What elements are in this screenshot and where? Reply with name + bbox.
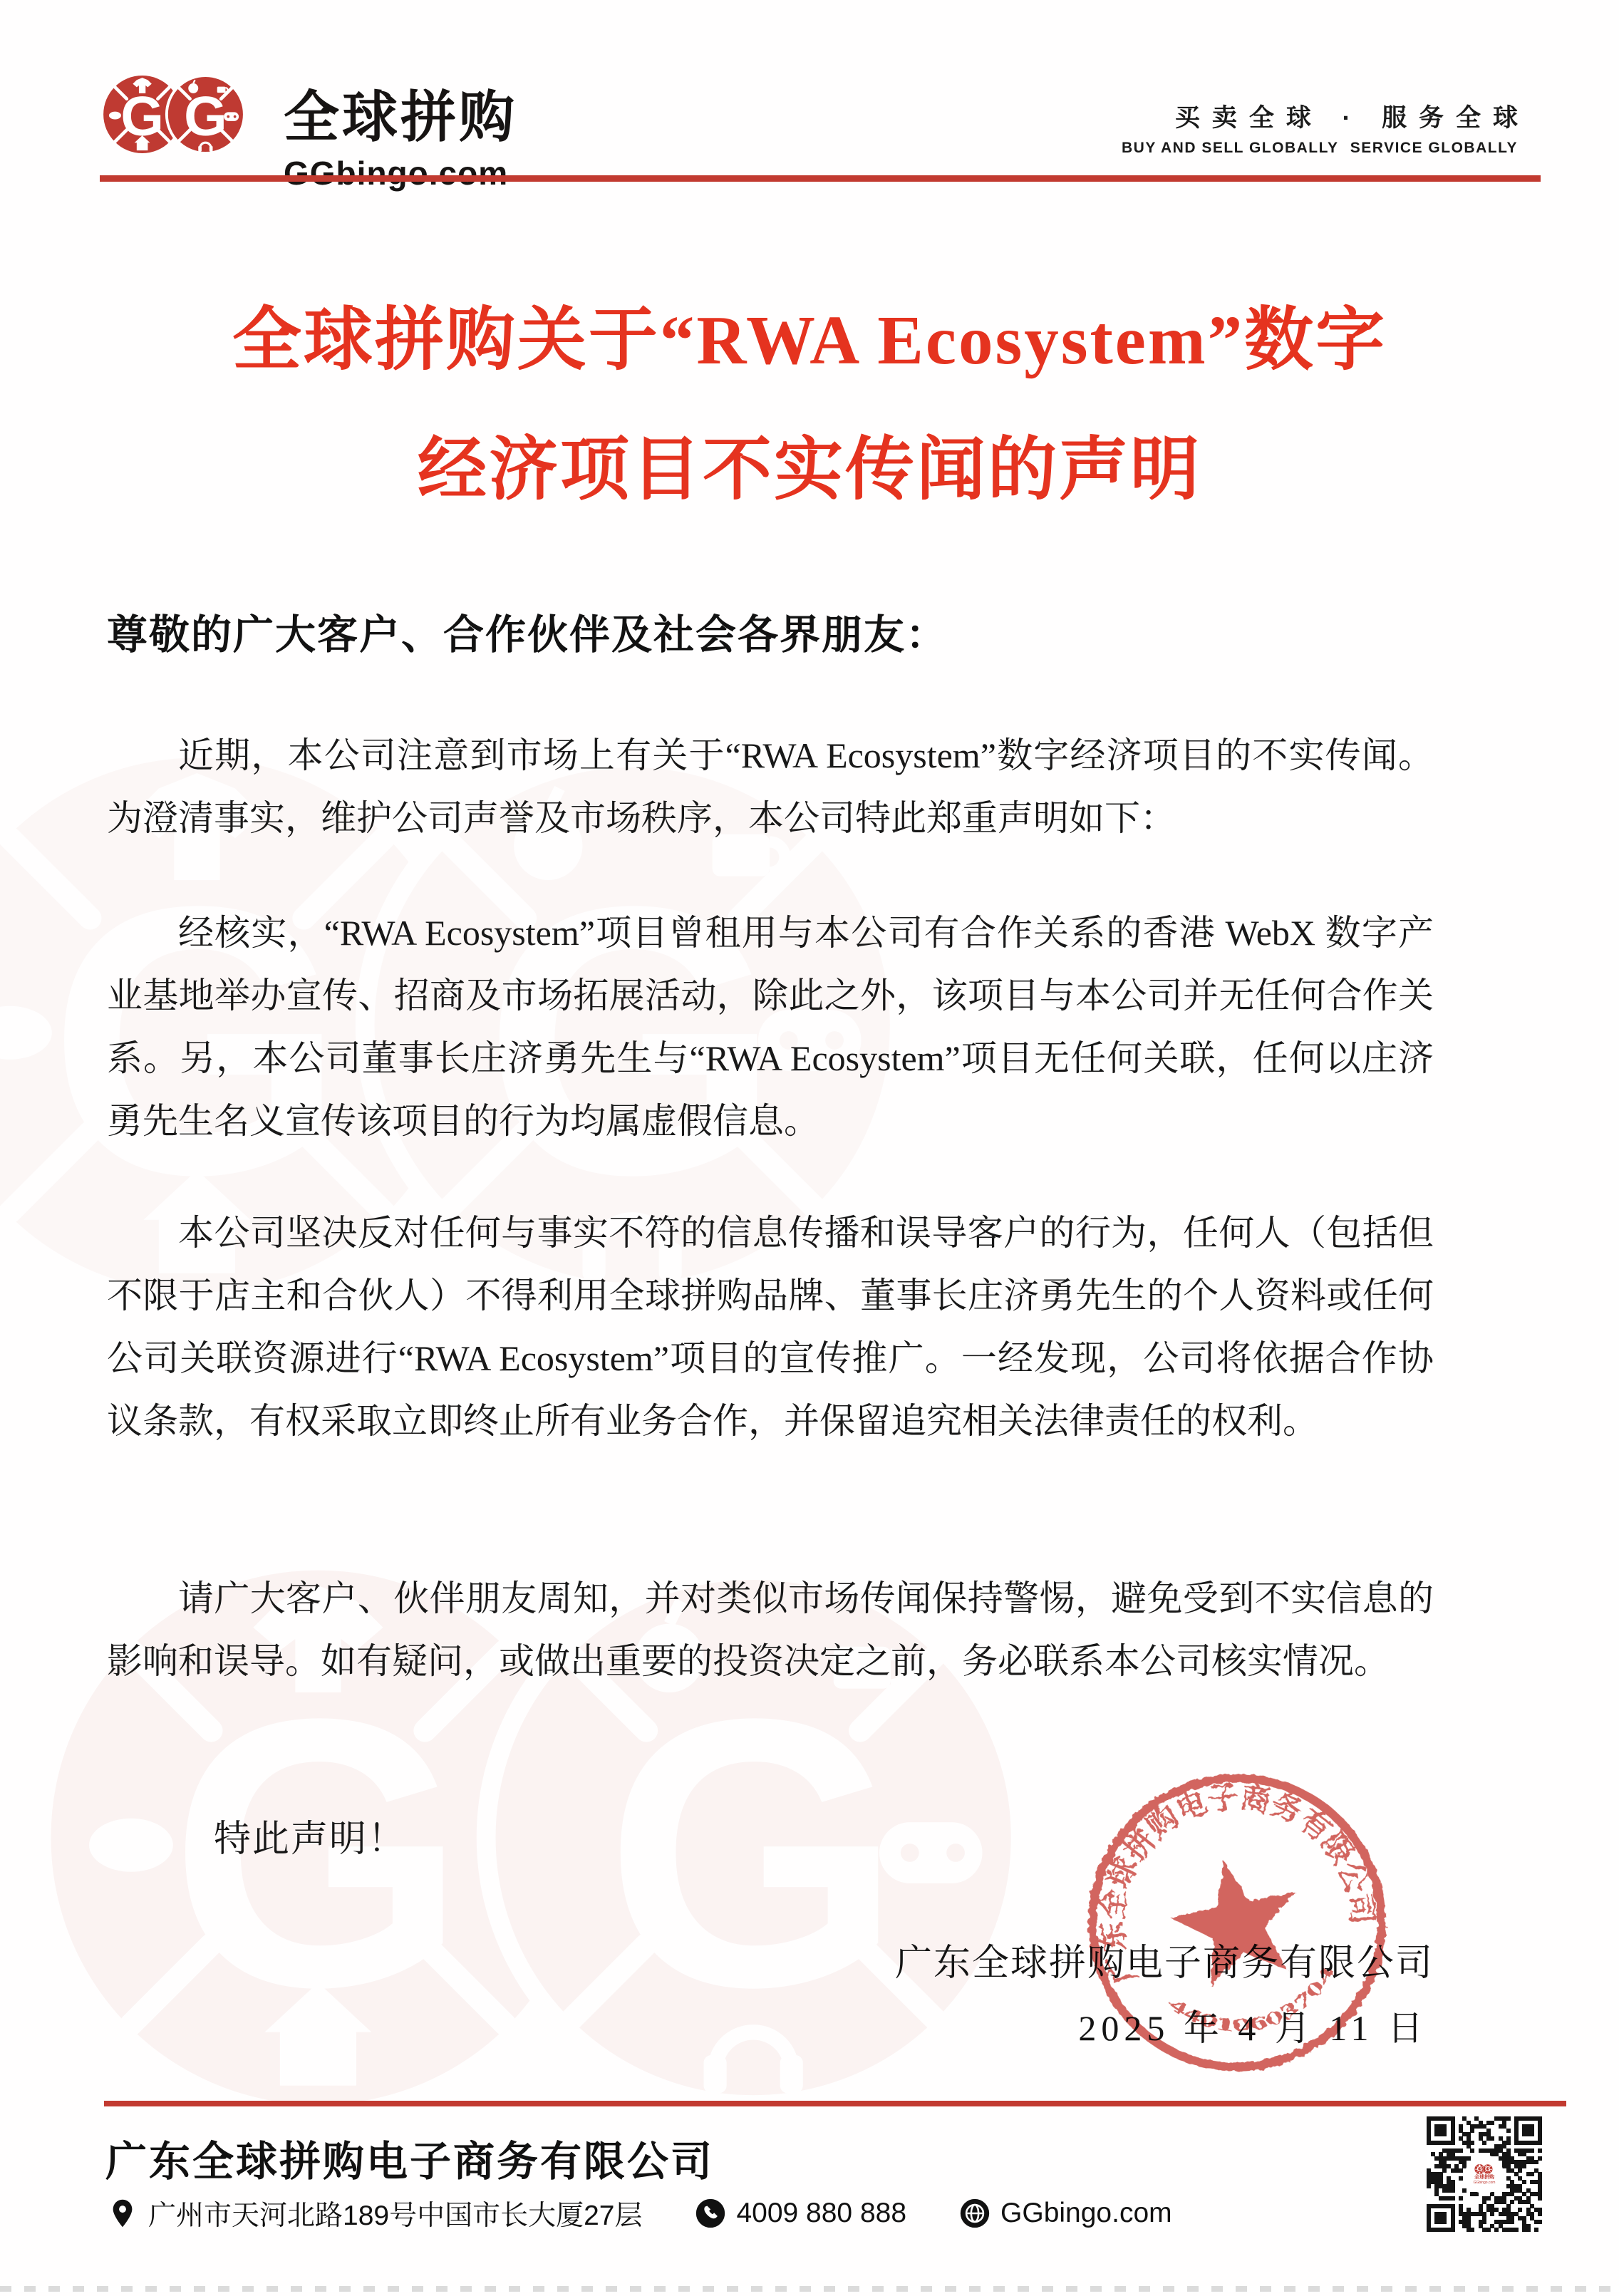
footer-contacts: 广州市天河北路189号中国市长大厦27层 4009 880 888 GGbing… [107,2193,1172,2233]
seal-star-icon [1162,1847,1311,1991]
paragraph-3: 本公司坚决反对任何与事实不符的信息传播和误导客户的行为，任何人（包括但不限于店主… [107,1201,1434,1452]
footer-address-text: 广州市天河北路189号中国市长大厦27层 [148,2193,642,2233]
footer-phone-number: 4009 880 888 [736,2198,906,2229]
closing-declaration: 特此声明！ [214,1809,406,1862]
qr-center-logo: 全球拼购 GGbingo.com [1465,2155,1504,2193]
qr-center-label: 全球拼购 [1474,2175,1494,2181]
phone-icon [695,2198,726,2229]
slogan-english: BUY AND SELL GLOBALLY SERVICE GLOBALLY [1122,140,1518,157]
location-pin-icon [107,2198,138,2229]
brand-block: 全球拼购 GGbingo.com [284,73,517,192]
globe-icon [959,2198,990,2229]
footer-company-name: 广东全球拼购电子商务有限公司 [105,2128,714,2188]
footer-website: GGbingo.com [959,2198,1172,2229]
footer-address: 广州市天河北路189号中国市长大厦27层 [107,2193,642,2233]
header-slogan: 买卖全球 · 服务全球 BUY AND SELL GLOBALLY SERVIC… [1122,98,1518,157]
paragraph-4: 请广大客户、伙伴朋友周知，并对类似市场传闻保持警惕，避免受到不实信息的影响和误导… [107,1567,1434,1692]
slogan-english-right: SERVICE GLOBALLY [1350,140,1518,157]
paragraph-2: 经核实，“RWA Ecosystem”项目曾租用与本公司有合作关系的香港 Web… [107,901,1434,1152]
page-bottom-scan-edge [0,2286,1619,2292]
paragraph-1: 近期，本公司注意到市场上有关于“RWA Ecosystem”数字经济项目的不实传… [107,724,1434,849]
header-divider-rule [100,175,1541,182]
footer-website-text: GGbingo.com [1000,2198,1172,2229]
statement-title-line2: 经济项目不实传闻的声明 [0,413,1619,513]
brand-domain: GGbingo.com [284,154,517,192]
slogan-english-left: BUY AND SELL GLOBALLY [1122,140,1339,157]
statement-page: 全球拼购 GGbingo.com 买卖全球 · 服务全球 BUY AND SEL… [0,0,1619,2296]
company-logo-icon [101,70,257,159]
brand-name: 全球拼购 [284,73,517,152]
salutation: 尊敬的广大客户、合作伙伴及社会各界朋友： [107,602,948,661]
statement-title-line1: 全球拼购关于“RWA Ecosystem”数字 [0,284,1619,383]
footer-phone: 4009 880 888 [695,2198,906,2229]
qr-center-logo-icon [1472,2163,1496,2175]
slogan-chinese: 买卖全球 · 服务全球 [1122,98,1530,134]
footer-divider-rule [104,2101,1566,2106]
official-seal-stamp: 广东全球拼购电子商务有限公司 44010603704 [1078,1764,1396,2082]
qr-code: 全球拼购 GGbingo.com [1427,2116,1542,2232]
qr-center-domain: GGbingo.com [1474,2181,1496,2185]
